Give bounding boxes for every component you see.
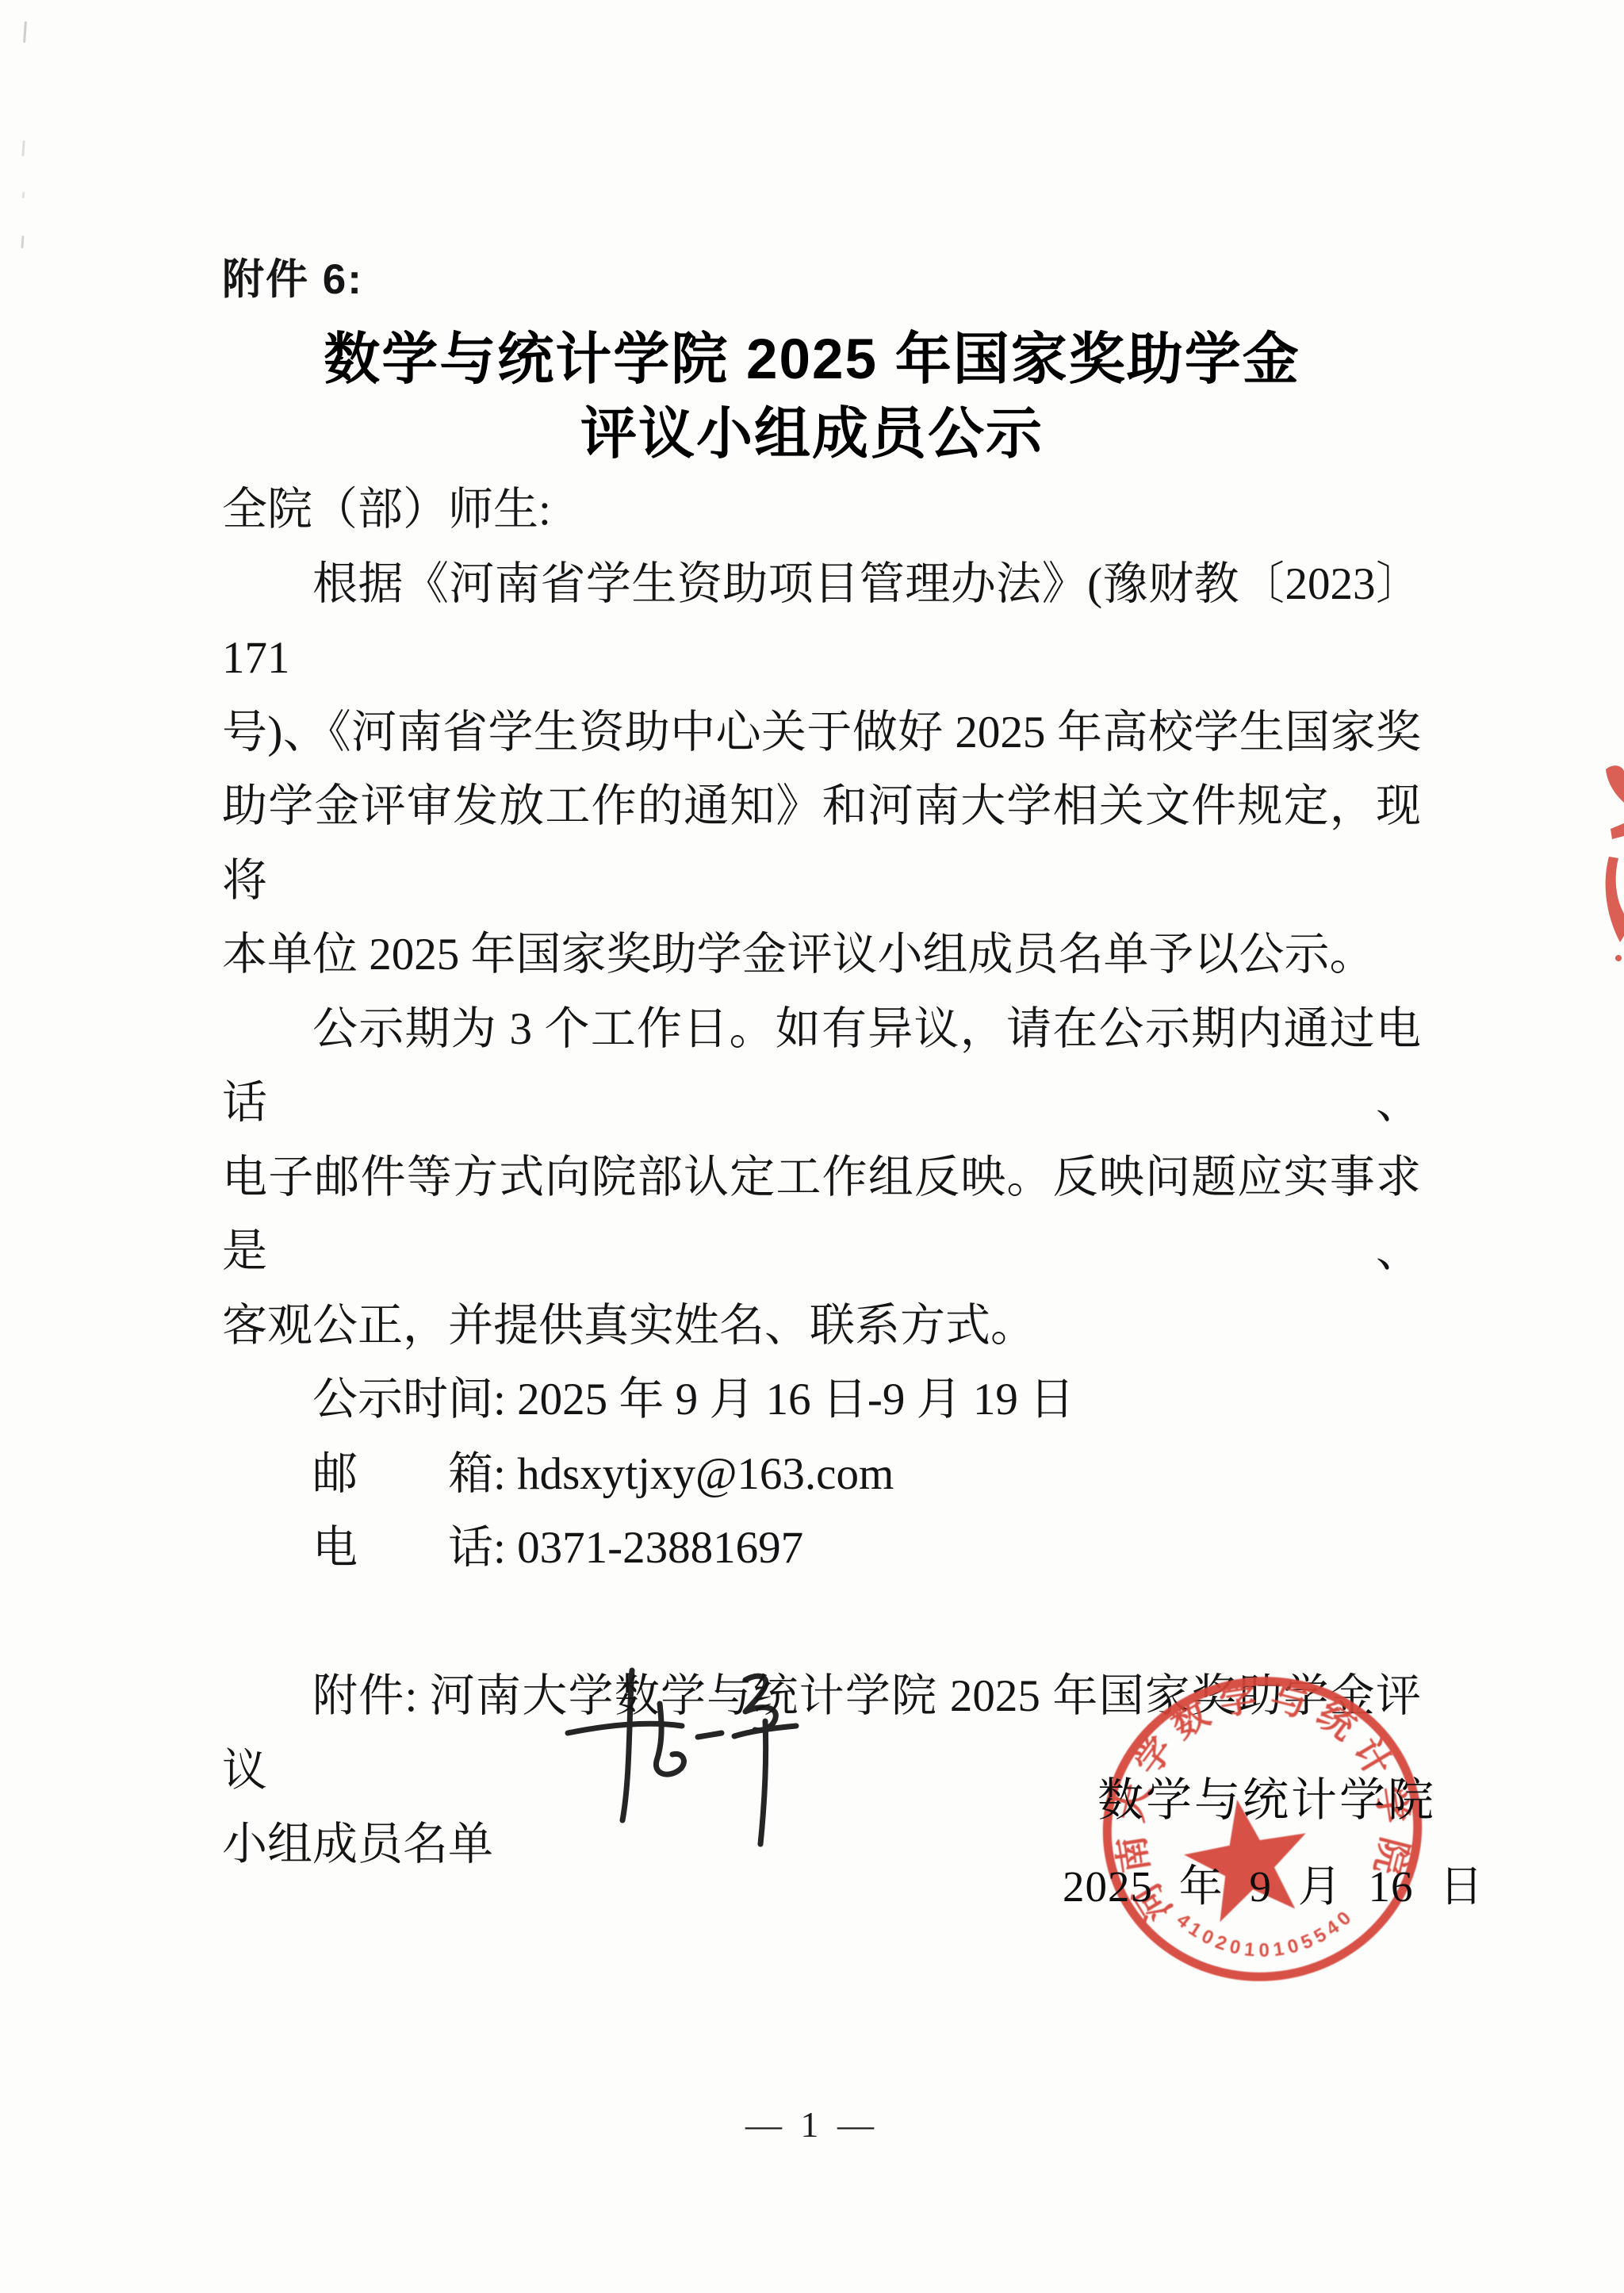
body-line: 邮 箱: hdsxytjxy@163.com — [222, 1437, 1421, 1512]
salutation-line: 全院（部）师生: — [222, 473, 1421, 547]
body-line: 本单位 2025 年国家奖助学金评议小组成员名单予以公示。 — [222, 918, 1421, 992]
body-line: 公示期为 3 个工作日。如有异议，请在公示期内通过电话、 — [222, 992, 1421, 1141]
body-line: 号)、《河南省学生资助中心关于做好 2025 年高校学生国家奖 — [222, 696, 1421, 770]
body-line: 客观公正，并提供真实姓名、联系方式。 — [222, 1289, 1421, 1363]
page-number: — 1 — — [0, 2103, 1624, 2145]
signoff-organization: 数学与统计学院 — [1097, 1762, 1436, 1829]
body-line: 根据《河南省学生资助项目管理办法》(豫财教〔2023〕171 — [222, 547, 1421, 696]
scan-artifact — [23, 21, 27, 43]
body-line: 助学金评审发放工作的通知》和河南大学相关文件规定，现将 — [222, 769, 1421, 918]
attachment-label: 附件 6: — [222, 246, 363, 306]
scan-artifact — [22, 192, 25, 198]
document-title-line1: 数学与统计学院 2025 年国家奖助学金 — [0, 314, 1624, 395]
scan-artifact — [21, 236, 24, 248]
document-title-line2: 评议小组成员公示 — [0, 389, 1624, 470]
official-seal-stamp: 河南大学数学与统计学院 4102010105540 — [1066, 1612, 1460, 2046]
signoff-date: 2025 年 9 月 16 日 — [1063, 1851, 1484, 1914]
scan-artifact — [21, 140, 25, 156]
body-line: 公示时间: 2025 年 9 月 16 日-9 月 19 日 — [222, 1363, 1421, 1437]
document-page: 附件 6: 数学与统计学院 2025 年国家奖助学金 评议小组成员公示 全院（部… — [0, 0, 1624, 2293]
partial-stamp-mark — [1574, 753, 1624, 999]
body-line: 电子邮件等方式向院部认定工作组反映。反映问题应实事求是、 — [222, 1141, 1421, 1289]
handwritten-signature-icon — [555, 1658, 825, 1856]
body-line: 电 话: 0371-23881697 — [222, 1511, 1421, 1586]
